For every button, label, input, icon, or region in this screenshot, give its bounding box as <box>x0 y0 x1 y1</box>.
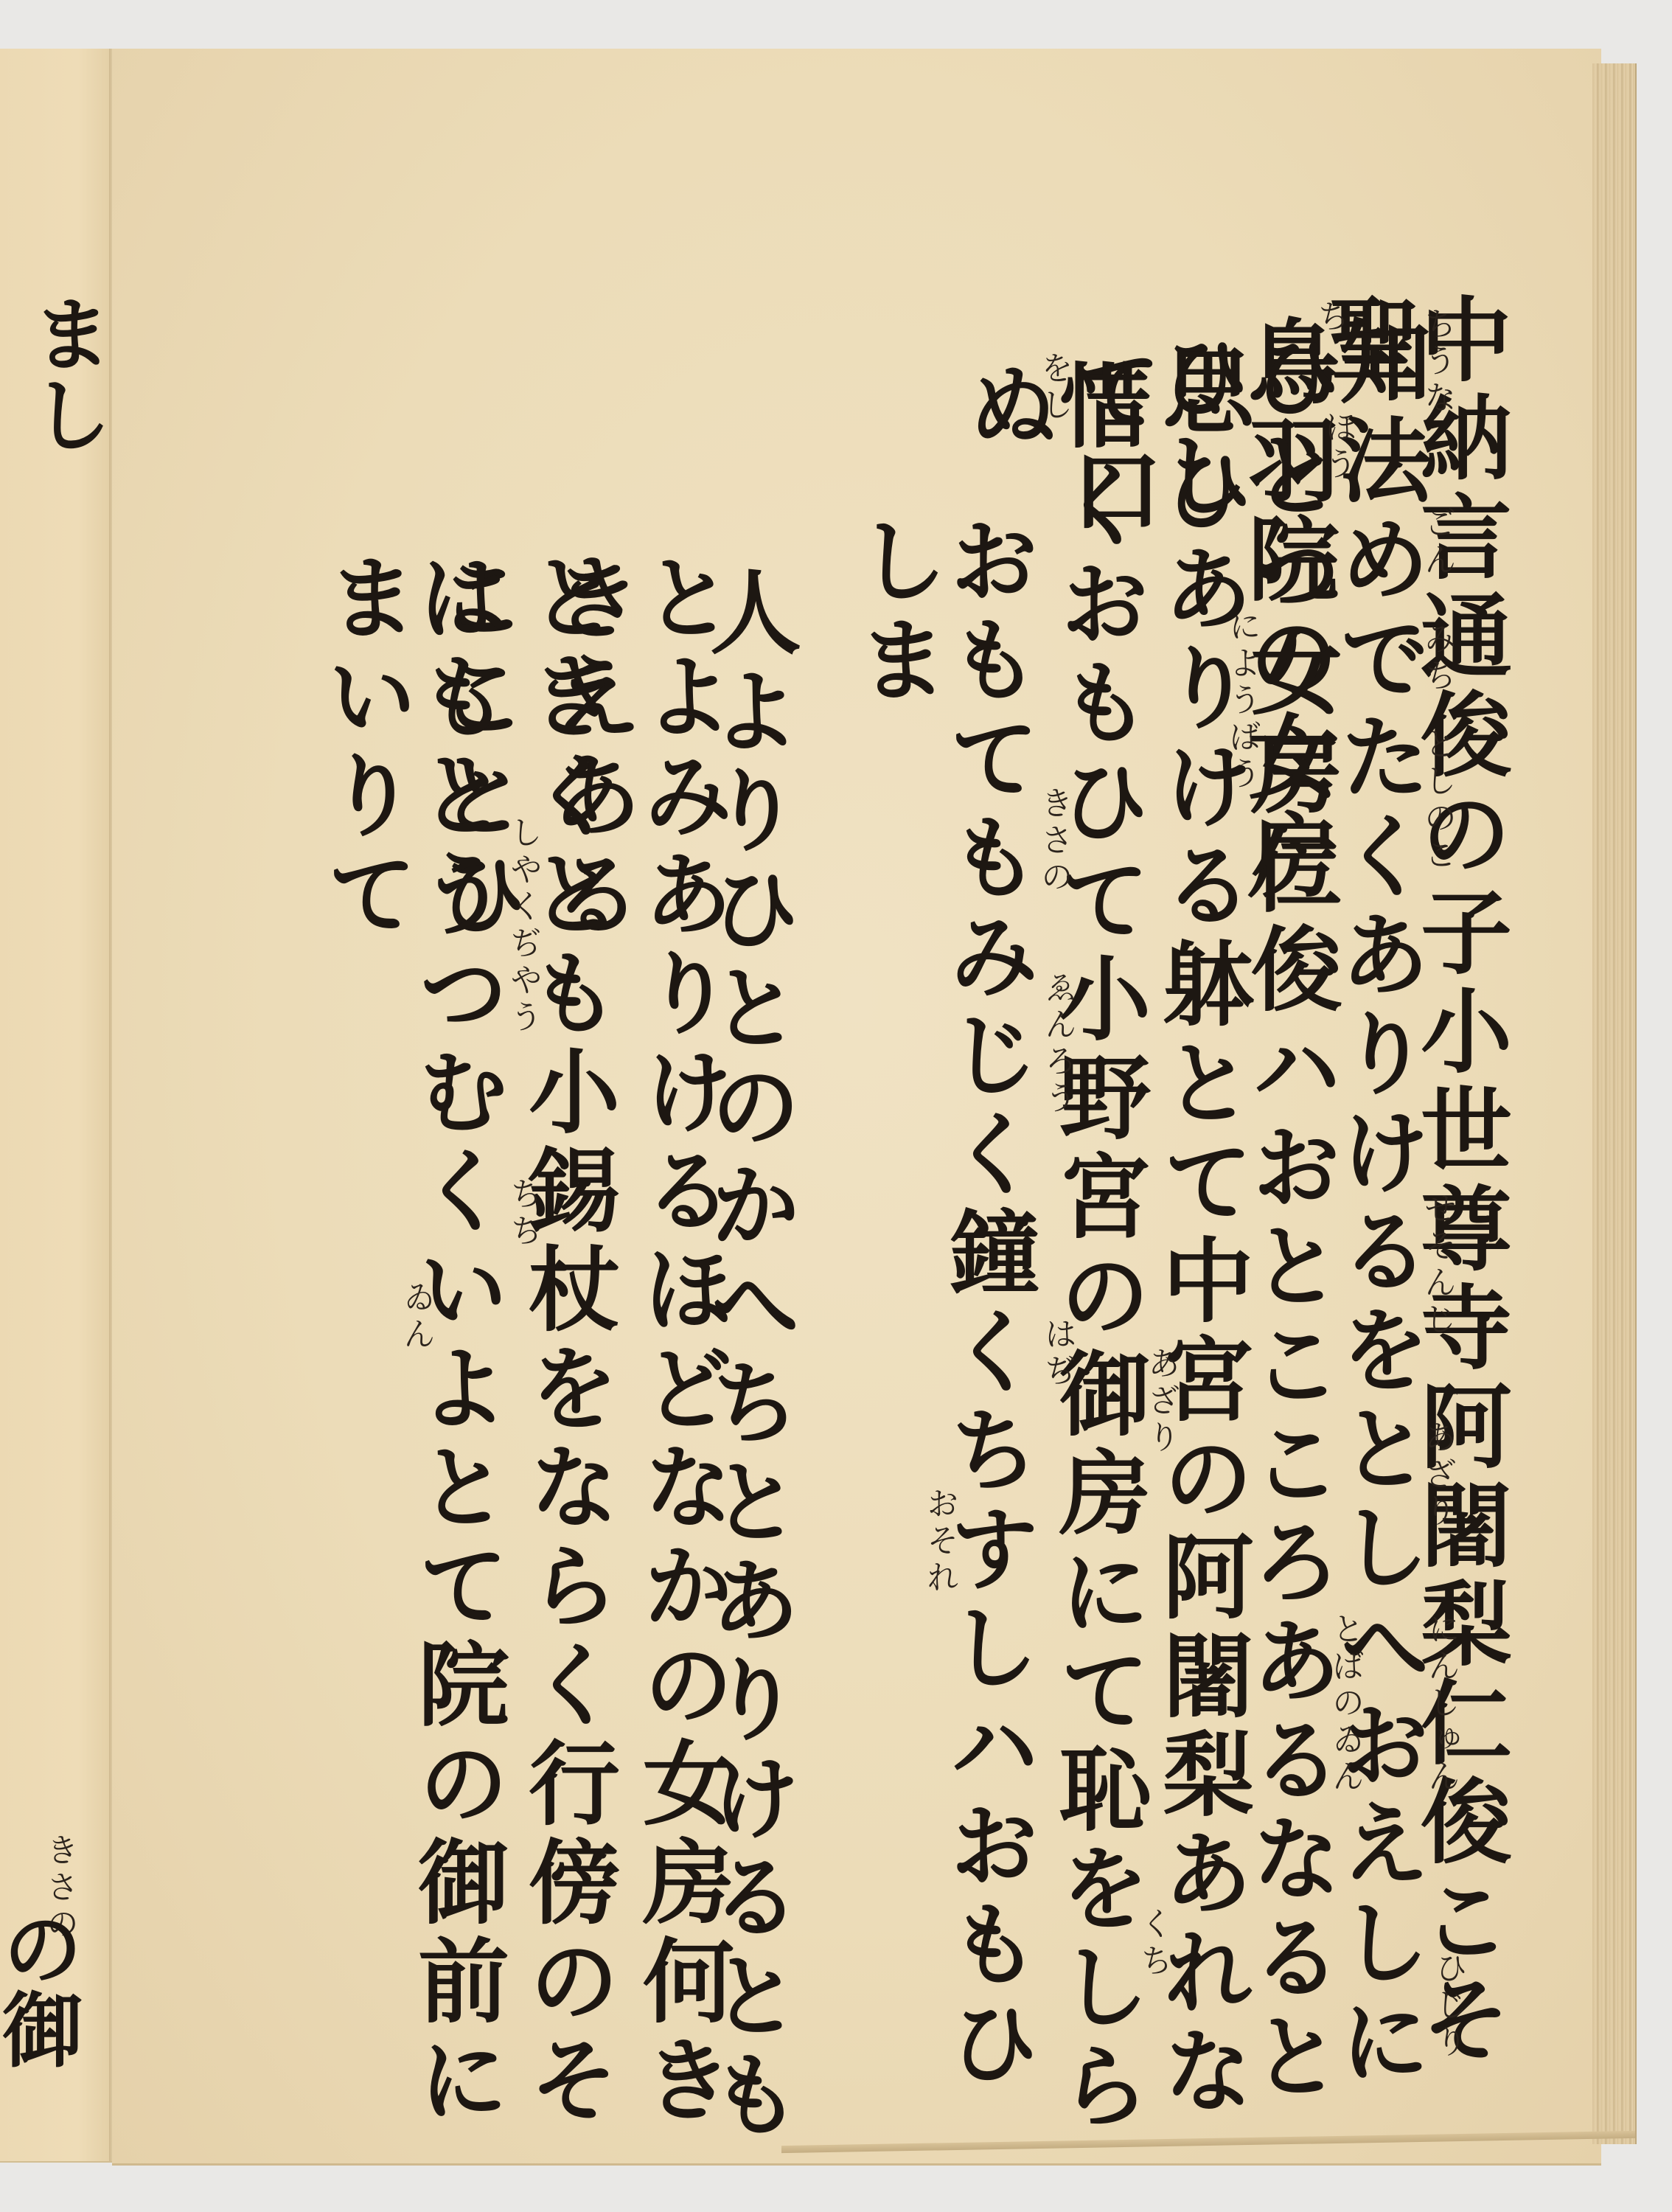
left-page-fragment-bottom: の御 <box>0 1907 94 2069</box>
text-column-6: おもてもみじく鐘くちすしハおもひしま <box>849 513 1032 2163</box>
text-column-10: はもとうつむくいよとて院の御前にまいりて <box>318 550 501 2163</box>
furigana-col-6a: おそれ <box>916 1486 963 1597</box>
page-edge-stack <box>1592 63 1637 2144</box>
left-page-fragment-top: まし <box>7 292 124 454</box>
furigana-col-1g: ひじり <box>1424 1951 1471 2062</box>
furigana-col-5d: はぢ <box>1034 1317 1081 1391</box>
manuscript-photo: まし きさの の御 中納言通俊の子小世尊寺阿闍梨仁俊こそ聖 ちうな ごん みち … <box>0 0 1672 2212</box>
furigana-col-5a: をし <box>1030 351 1077 425</box>
furigana-col-10a: ゐん <box>392 1280 439 1354</box>
left-page: まし きさの の御 <box>0 49 112 2163</box>
right-page: 中納言通俊の子小世尊寺阿闍梨仁俊こそ聖 ちうな ごん みち としのこ せそんじ … <box>112 49 1601 2166</box>
furigana-col-5c: ゑんろう <box>1034 970 1081 1118</box>
